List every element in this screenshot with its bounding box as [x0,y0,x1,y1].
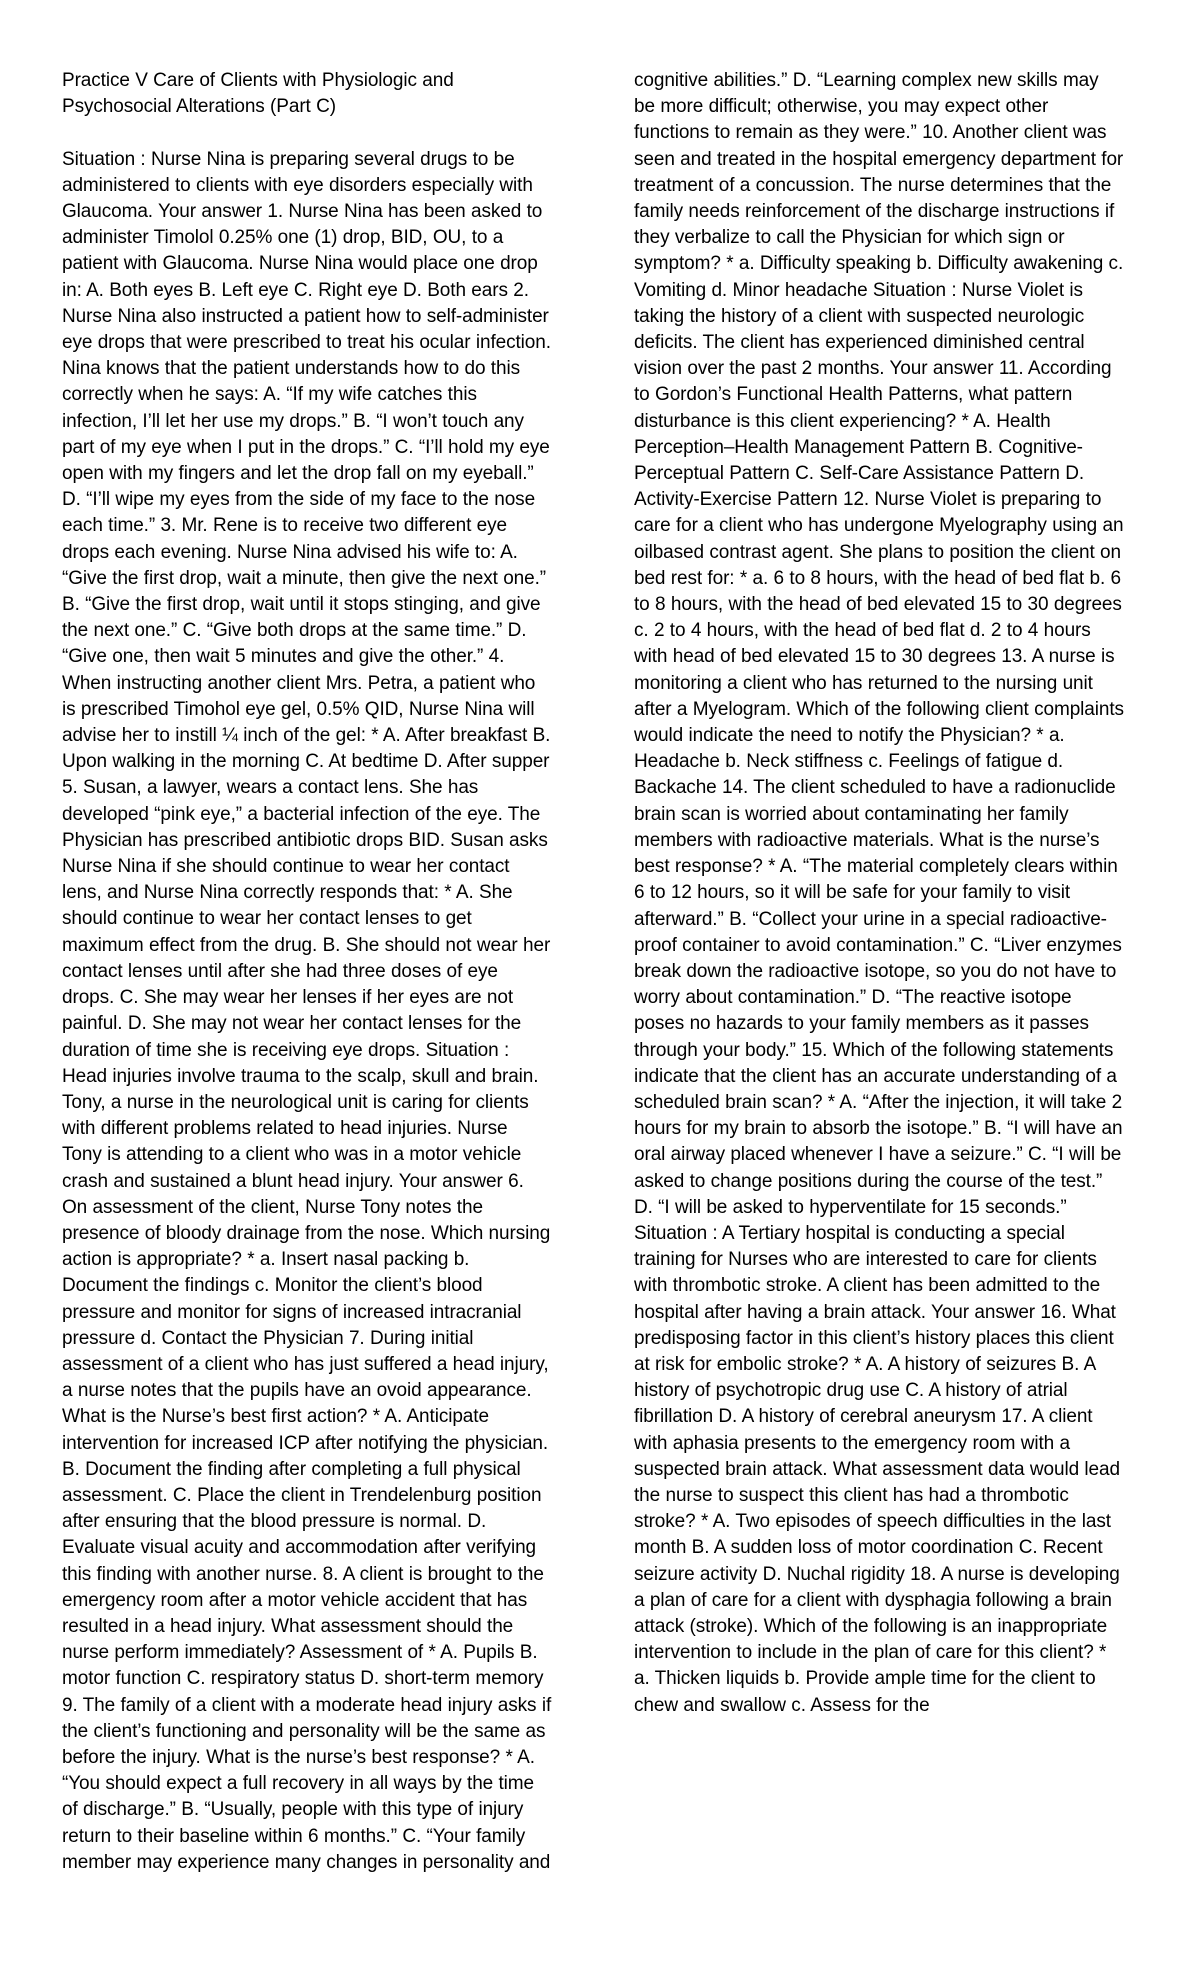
document-body-text: Situation : Nurse Nina is preparing seve… [62,68,1124,1880]
two-column-text-flow: Practice V Care of Clients with Physiolo… [62,68,1124,1880]
document-page: Practice V Care of Clients with Physiolo… [0,0,1200,1976]
document-title: Practice V Care of Clients with Physiolo… [62,68,552,120]
